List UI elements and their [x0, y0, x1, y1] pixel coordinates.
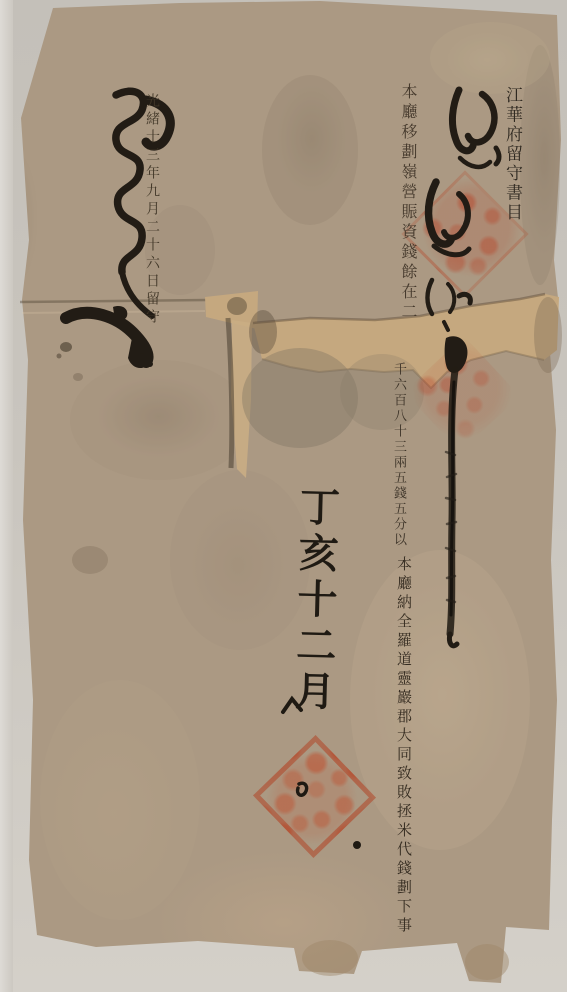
photo-backdrop-edge [0, 0, 13, 992]
amount-column: 千六百八十三兩五錢五分以 [389, 362, 408, 548]
body-column: 本廳納全羅道靈巖郡大同致敗拯米代錢劃下事 [394, 556, 415, 936]
issue-date-column: 光緒十三年九月二十六日留守 [142, 93, 162, 327]
cyclical-date-column: 丁亥十二月 [283, 485, 346, 716]
photograph-of-document: 江華府留守書目 本廳移劃嶺營賑資錢餘在二 千六百八十三兩五錢五分以 本廳納全羅道… [0, 0, 567, 992]
document-paper [0, 0, 567, 992]
header-column: 江華府留守書目 [500, 86, 525, 223]
report-column: 本廳移劃嶺營賑資錢餘在二 [397, 83, 420, 323]
